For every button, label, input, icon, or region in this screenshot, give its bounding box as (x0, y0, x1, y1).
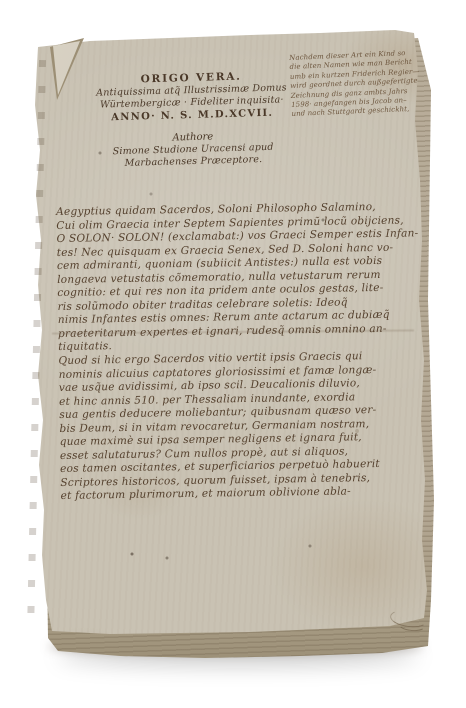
ink-specks (0, 0, 2, 2)
title-block: ORIGO VERA. Antiquissima atq̃ Illustriss… (76, 69, 309, 171)
margin-annotation: Nachdem dieser Art ein Kind so die alten… (289, 48, 424, 119)
photo-scene: ORIGO VERA. Antiquissima atq̃ Illustriss… (0, 0, 466, 708)
body-text: Aegyptius quidam Sacerdos, Soloni Philos… (56, 201, 379, 504)
